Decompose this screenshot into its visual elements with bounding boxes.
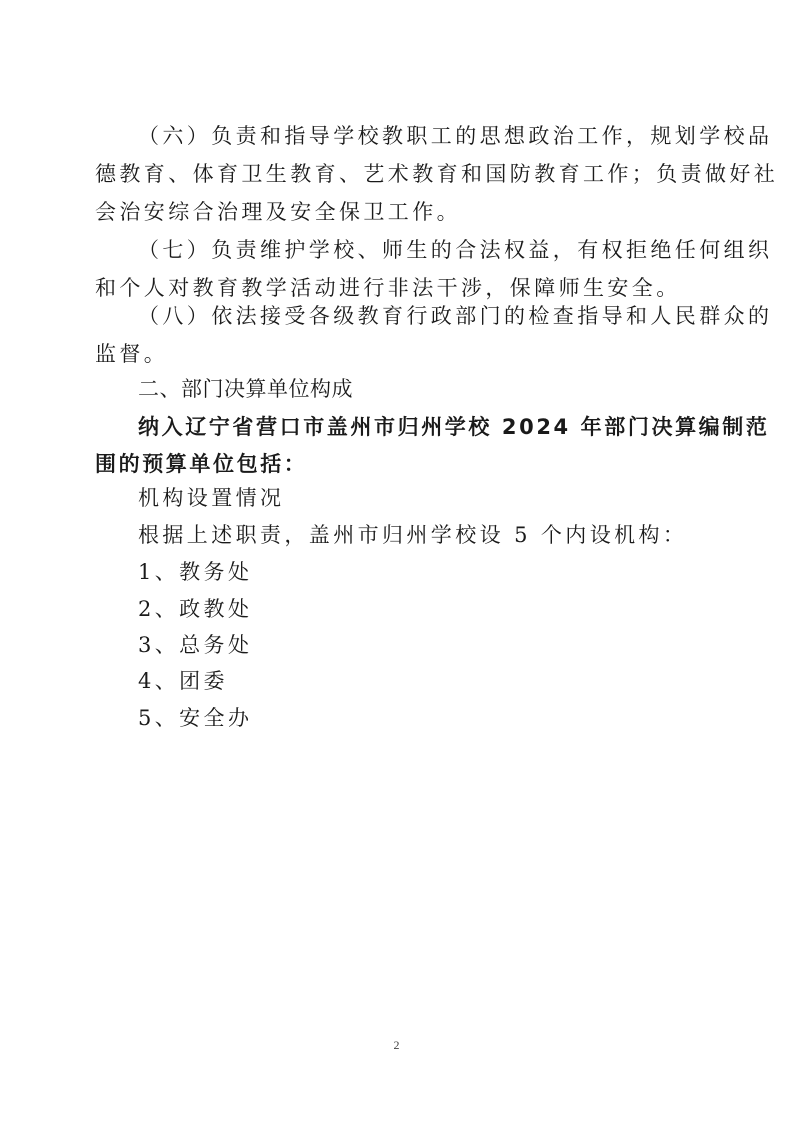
page-number: 2	[0, 1038, 793, 1053]
scope-statement-line-2: 围的预算单位包括：	[95, 452, 307, 476]
paragraph-6-line-3: 会治安综合治理及安全保卫工作。	[95, 200, 461, 224]
section-heading: 二、部门决算单位构成	[138, 377, 353, 401]
org-item: 1、教务处	[138, 560, 252, 584]
org-item: 2、政教处	[138, 597, 252, 621]
org-intro: 根据上述职责，盖州市归州学校设 5 个内设机构：	[138, 523, 687, 547]
org-item: 5、安全办	[138, 706, 252, 730]
org-setup-subheading: 机构设置情况	[138, 486, 284, 510]
org-item: 4、团委	[138, 669, 228, 693]
paragraph-8-line-2: 监督。	[95, 342, 168, 366]
scope-statement-line-1: 纳入辽宁省营口市盖州市归州学校 2024 年部门决算编制范	[138, 415, 769, 439]
paragraph-7-line-2: 和个人对教育教学活动进行非法干涉，保障师生安全。	[95, 276, 681, 300]
paragraph-6-line-1: （六）负责和指导学校教职工的思想政治工作，规划学校品	[138, 124, 772, 148]
paragraph-6-line-2: 德教育、体育卫生教育、艺术教育和国防教育工作；负责做好社	[95, 162, 778, 186]
paragraph-7-line-1: （七）负责维护学校、师生的合法权益，有权拒绝任何组织	[138, 238, 772, 262]
org-item: 3、总务处	[138, 633, 252, 657]
paragraph-8-line-1: （八）依法接受各级教育行政部门的检查指导和人民群众的	[138, 304, 772, 328]
